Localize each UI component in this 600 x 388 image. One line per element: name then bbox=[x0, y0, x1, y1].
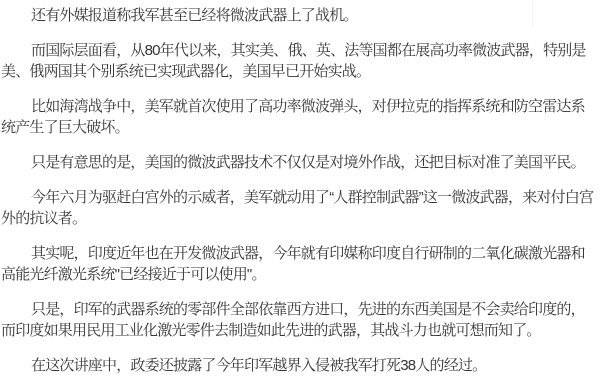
document-page: 还有外媒报道称我军甚至已经将微波武器上了战机。 而国际层面看，从80年代以来，其… bbox=[0, 0, 600, 376]
faint-vertical-line bbox=[532, 0, 533, 27]
paragraph: 比如海湾战争中，美军就首次使用了高功率微波弹头，对伊拉克的指挥系统和防空雷达系统… bbox=[1, 96, 598, 138]
article-body: 还有外媒报道称我军甚至已经将微波武器上了战机。 而国际层面看，从80年代以来，其… bbox=[0, 0, 600, 376]
paragraph: 而国际层面看，从80年代以来，其实美、俄、英、法等国都在展高功率微波武器，特别是… bbox=[1, 40, 598, 82]
paragraph: 还有外媒报道称我军甚至已经将微波武器上了战机。 bbox=[1, 5, 598, 26]
paragraph: 只是有意思的是，美国的微波武器技术不仅仅是对境外作战，还把目标对准了美国平民。 bbox=[1, 152, 598, 173]
paragraph: 在这次讲座中，政委还披露了今年印军越界入侵被我军打死38人的经过。 bbox=[1, 355, 598, 376]
paragraph: 其实呢，印度近年也在开发微波武器，今年就有印媒称印度自行研制的二氧化碳激光器和高… bbox=[1, 243, 598, 285]
paragraph: 今年六月为驱赶白宫外的示威者，美军就动用了“人群控制武器”这一微波武器，来对付白… bbox=[1, 187, 598, 229]
paragraph: 只是，印军的武器系统的零部件全部依靠西方进口，先进的东西美国是不会卖给印度的，而… bbox=[1, 299, 598, 341]
